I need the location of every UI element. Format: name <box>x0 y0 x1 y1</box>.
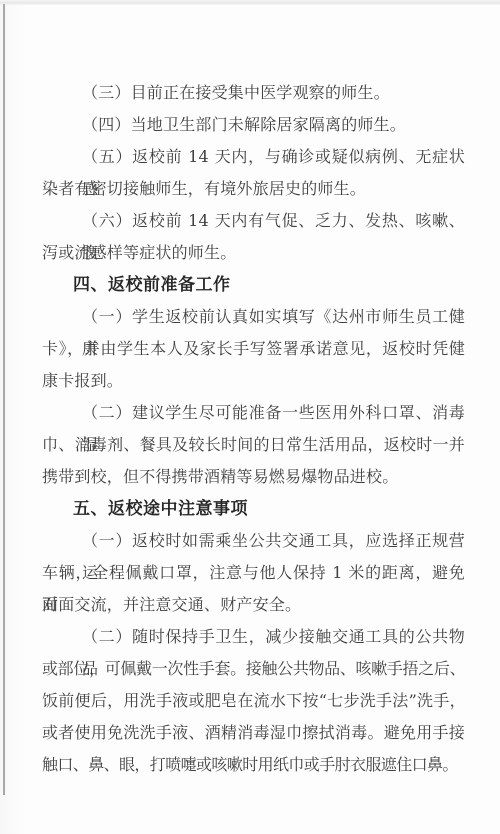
document-line: （六）返校前 14 天内有气促、乏力、发热、咳嗽、腹 <box>42 205 465 237</box>
document-line: （二）建议学生尽可能准备一些医用外科口罩、消毒湿 <box>42 397 465 429</box>
document-line: 或者使用免洗洗手液、酒精消毒湿巾擦拭消毒。避免用手接 <box>42 717 465 749</box>
document-line: 巾、消毒剂、餐具及较长时间的日常生活用品，返校时一并 <box>42 429 465 461</box>
document-line: （四）当地卫生部门未解除居家隔离的师生。 <box>42 109 465 141</box>
document-line: （五）返校前 14 天内，与确诊或疑似病例、无症状感 <box>42 141 465 173</box>
document-line: 或部位，可佩戴一次性手套。接触公共物品、咳嗽手捂之后、 <box>42 653 465 685</box>
document-line: 对面交流，并注意交通、财产安全。 <box>42 589 465 621</box>
document-line: （三）目前正在接受集中医学观察的师生。 <box>42 77 465 109</box>
document-line: 染者有密切接触师生，有境外旅居史的师生。 <box>42 173 465 205</box>
document-line: 车辆，全程佩戴口罩，注意与他人保持 1 米的距离，避免面 <box>42 557 465 589</box>
section-heading: 五、返校途中注意事项 <box>42 493 465 525</box>
scanned-document-page: （三）目前正在接受集中医学观察的师生。（四）当地卫生部门未解除居家隔离的师生。（… <box>0 0 500 834</box>
document-line: 触口、鼻、眼，打喷嚏或咳嗽时用纸巾或手肘衣服遮住口鼻。 <box>42 749 465 781</box>
document-line: （二）随时保持手卫生，减少接触交通工具的公共物品 <box>42 621 465 653</box>
document-line: （一）学生返校前认真如实填写《达州市师生员工健康 <box>42 301 465 333</box>
document-line: 饭前便后，用洗手液或肥皂在流水下按“七步洗手法”洗手， <box>42 685 465 717</box>
document-line: 康卡报到。 <box>42 365 465 397</box>
document-line: （一）返校时如需乘坐公共交通工具，应选择正规营运 <box>42 525 465 557</box>
document-line: 泻或流感样等症状的师生。 <box>42 237 465 269</box>
document-line: 携带到校，但不得携带酒精等易燃易爆物品进校。 <box>42 461 465 493</box>
document-line: 卡》，并由学生本人及家长手写签署承诺意见，返校时凭健 <box>42 333 465 365</box>
section-heading: 四、返校前准备工作 <box>42 269 465 301</box>
page-left-edge-line <box>3 4 5 795</box>
document-content: （三）目前正在接受集中医学观察的师生。（四）当地卫生部门未解除居家隔离的师生。（… <box>42 0 465 781</box>
